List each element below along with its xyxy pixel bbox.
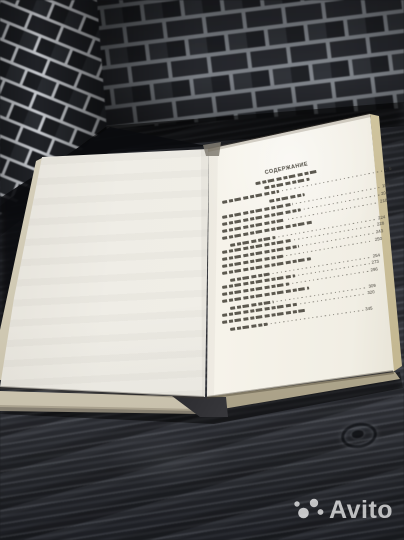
scene: СОДЕРЖАНИЕ519920621822422824325025427329…	[0, 0, 404, 540]
avito-logo-dots-icon	[291, 496, 327, 524]
avito-wordmark: Avito	[329, 496, 393, 524]
book: СОДЕРЖАНИЕ519920621822422824325025427329…	[0, 0, 404, 540]
toc-page-number: 5	[389, 166, 392, 171]
avito-watermark: Avito	[291, 496, 393, 524]
